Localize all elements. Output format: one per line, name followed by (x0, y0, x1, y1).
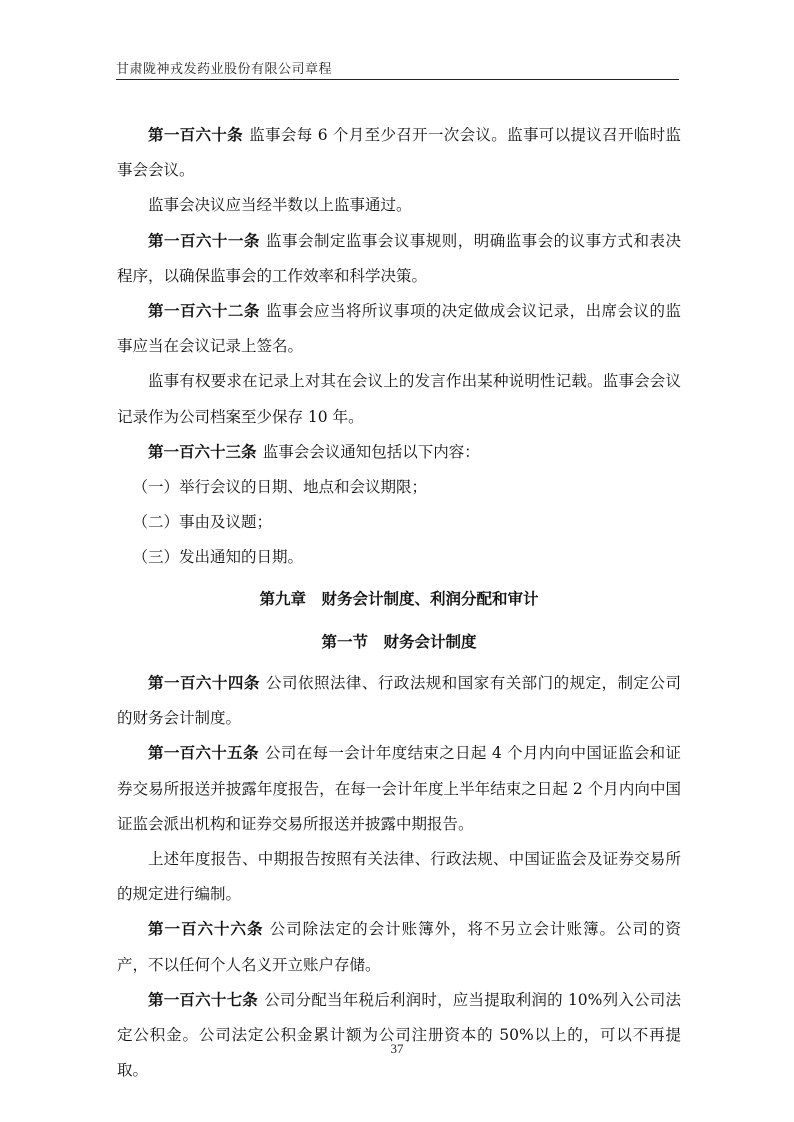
article-163: 第一百六十三条监事会会议通知包括以下内容： (117, 435, 681, 470)
article-161: 第一百六十一条监事会制定监事会议事规则，明确监事会的议事方式和表决程序，以确保监… (117, 224, 681, 294)
article-number: 第一百六十条 (148, 126, 243, 144)
list-item: （二）事由及议题； (117, 505, 681, 540)
article-164: 第一百六十四条公司依照法律、行政法规和国家有关部门的规定，制定公司的财务会计制度… (117, 666, 681, 736)
article-167: 第一百六十七条公司分配当年税后利润时，应当提取利润的 10%列入公司法定公积金。… (117, 983, 681, 1089)
article-number: 第一百六十六条 (148, 920, 263, 938)
paragraph: 上述年度报告、中期报告按照有关法律、行政法规、中国证监会及证券交易所的规定进行编… (117, 842, 681, 912)
paragraph: 监事会决议应当经半数以上监事通过。 (117, 188, 681, 223)
list-item: （三）发出通知的日期。 (117, 540, 681, 575)
article-number: 第一百六十五条 (148, 744, 259, 762)
article-number: 第一百六十一条 (148, 232, 260, 250)
article-165: 第一百六十五条公司在每一会计年度结束之日起 4 个月内向中国证监会和证券交易所报… (117, 736, 681, 842)
article-166: 第一百六十六条公司除法定的会计账簿外，将不另立会计账簿。公司的资产，不以任何个人… (117, 912, 681, 982)
document-body: 第一百六十条监事会每 6 个月至少召开一次会议。监事可以提议召开临时监事会会议。… (117, 118, 681, 1088)
article-number: 第一百六十四条 (148, 674, 260, 692)
header-divider (116, 79, 679, 80)
article-162: 第一百六十二条监事会应当将所议事项的决定做成会议记录，出席会议的监事应当在会议记… (117, 294, 681, 364)
chapter-heading: 第九章 财务会计制度、利润分配和审计 (117, 582, 681, 617)
article-number: 第一百六十三条 (148, 443, 257, 461)
article-number: 第一百六十二条 (148, 302, 260, 320)
paragraph: 监事有权要求在记录上对其在会议上的发言作出某种说明性记载。监事会会议记录作为公司… (117, 364, 681, 434)
article-160: 第一百六十条监事会每 6 个月至少召开一次会议。监事可以提议召开临时监事会会议。 (117, 118, 681, 188)
section-heading: 第一节 财务会计制度 (117, 625, 681, 660)
document-header: 甘肃陇神戎发药业股份有限公司章程 (116, 58, 680, 77)
list-item: （一）举行会议的日期、地点和会议期限； (117, 470, 681, 505)
article-number: 第一百六十七条 (148, 991, 258, 1009)
page-number: 37 (0, 1041, 794, 1057)
